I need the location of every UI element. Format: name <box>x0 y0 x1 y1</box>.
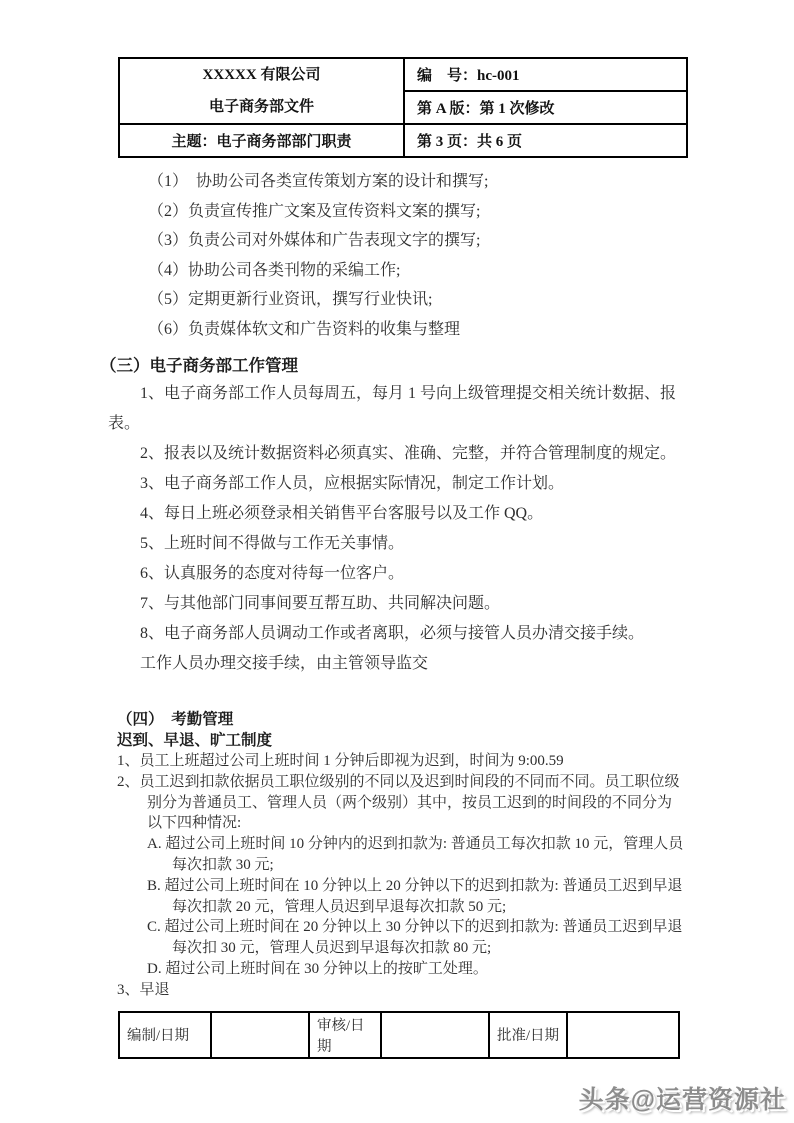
reviewed-value <box>381 1012 489 1058</box>
doc-header-table: XXXXX 有限公司 电子商务部文件 编 号：hc-001 第 A 版：第 1 … <box>118 57 688 158</box>
deduction-case-list: A. 超过公司上班时间 10 分钟内的迟到扣款为: 普通员工每次扣款 10 元，… <box>147 834 685 980</box>
document-page: XXXXX 有限公司 电子商务部文件 编 号：hc-001 第 A 版：第 1 … <box>0 0 794 1123</box>
duty-item: （4）协助公司各类刊物的采编工作; <box>148 256 692 286</box>
attendance-rule-item: 1、员工上班超过公司上班时间 1 分钟后即视为迟到，时间为 9:00.59 <box>117 751 685 772</box>
duty-list: （1） 协助公司各类宣传策划方案的设计和撰写;（2）负责宣传推广文案及宣传资料文… <box>148 167 692 344</box>
section3-heading: （三）电子商务部工作管理 <box>100 353 692 379</box>
section3-paragraph: 7、与其他部门同事间要互帮互助、共同解决问题。 <box>108 589 686 619</box>
document-content: XXXXX 有限公司 电子商务部文件 编 号：hc-001 第 A 版：第 1 … <box>100 57 692 1059</box>
signoff-table: 编制/日期 审核/日期 批准/日期 <box>118 1011 680 1059</box>
duty-item: （2）负责宣传推广文案及宣传资料文案的撰写; <box>148 197 692 227</box>
doc-number: 编 号：hc-001 <box>404 58 687 91</box>
doc-version: 第 A 版：第 1 次修改 <box>404 91 687 124</box>
deduction-case-item: B. 超过公司上班时间在 10 分钟以上 20 分钟以下的迟到扣款为: 普通员工… <box>147 876 685 918</box>
attendance-rule-list: 1、员工上班超过公司上班时间 1 分钟后即视为迟到，时间为 9:00.592、员… <box>117 751 685 834</box>
section3-paragraph: 6、认真服务的态度对待每一位客户。 <box>108 559 686 589</box>
section3-paragraph: 3、电子商务部工作人员，应根据实际情况，制定工作计划。 <box>108 469 686 499</box>
section4-heading: （四） 考勤管理 <box>117 709 685 730</box>
approved-label: 批准/日期 <box>489 1012 567 1058</box>
doc-subject: 主题：电子商务部部门职责 <box>119 124 404 157</box>
section3-paragraphs: 1、电子商务部工作人员每周五，每月 1 号向上级管理提交相关统计数据、报表。2、… <box>108 379 686 679</box>
section3-paragraph: 2、报表以及统计数据资料必须真实、准确、完整，并符合管理制度的规定。 <box>108 439 686 469</box>
attendance-rule-item: 2、员工迟到扣款依据员工职位级别的不同以及迟到时间段的不同而不同。员工职位级别分… <box>117 772 685 834</box>
duty-item: （5）定期更新行业资讯，撰写行业快讯; <box>148 285 692 315</box>
deduction-case-item: D. 超过公司上班时间在 30 分钟以上的按旷工处理。 <box>147 959 685 980</box>
doc-page-info: 第 3 页：共 6 页 <box>404 124 687 157</box>
duty-item: （6）负责媒体软文和广告资料的收集与整理 <box>148 315 692 345</box>
section4: （四） 考勤管理 迟到、早退、旷工制度 1、员工上班超过公司上班时间 1 分钟后… <box>117 709 685 1001</box>
company-name: XXXXX 有限公司 <box>120 59 403 91</box>
approved-value <box>567 1012 679 1058</box>
company-cell: XXXXX 有限公司 电子商务部文件 <box>119 58 404 124</box>
watermark: 头条@运营资源社 <box>579 1080 786 1116</box>
deduction-case-item: C. 超过公司上班时间在 20 分钟以上 30 分钟以下的迟到扣款为: 普通员工… <box>147 917 685 959</box>
early-leave-item: 3、早退 <box>117 980 685 1001</box>
section3-paragraph: 工作人员办理交接手续，由主管领导监交 <box>108 649 686 679</box>
deduction-case-item: A. 超过公司上班时间 10 分钟内的迟到扣款为: 普通员工每次扣款 10 元，… <box>147 834 685 876</box>
section3-paragraph: 8、电子商务部人员调动工作或者离职，必须与接管人员办清交接手续。 <box>108 619 686 649</box>
duty-item: （3）负责公司对外媒体和广告表现文字的撰写; <box>148 226 692 256</box>
department-doc-title: 电子商务部文件 <box>120 91 403 123</box>
prepared-value <box>211 1012 309 1058</box>
prepared-label: 编制/日期 <box>119 1012 211 1058</box>
section3-paragraph: 5、上班时间不得做与工作无关事情。 <box>108 529 686 559</box>
section3-paragraph: 1、电子商务部工作人员每周五，每月 1 号向上级管理提交相关统计数据、报表。 <box>108 379 686 439</box>
duty-item: （1） 协助公司各类宣传策划方案的设计和撰写; <box>148 167 692 197</box>
section4-subheading: 迟到、早退、旷工制度 <box>117 730 685 751</box>
reviewed-label: 审核/日期 <box>309 1012 381 1058</box>
section3-paragraph: 4、每日上班必须登录相关销售平台客服号以及工作 QQ。 <box>108 499 686 529</box>
